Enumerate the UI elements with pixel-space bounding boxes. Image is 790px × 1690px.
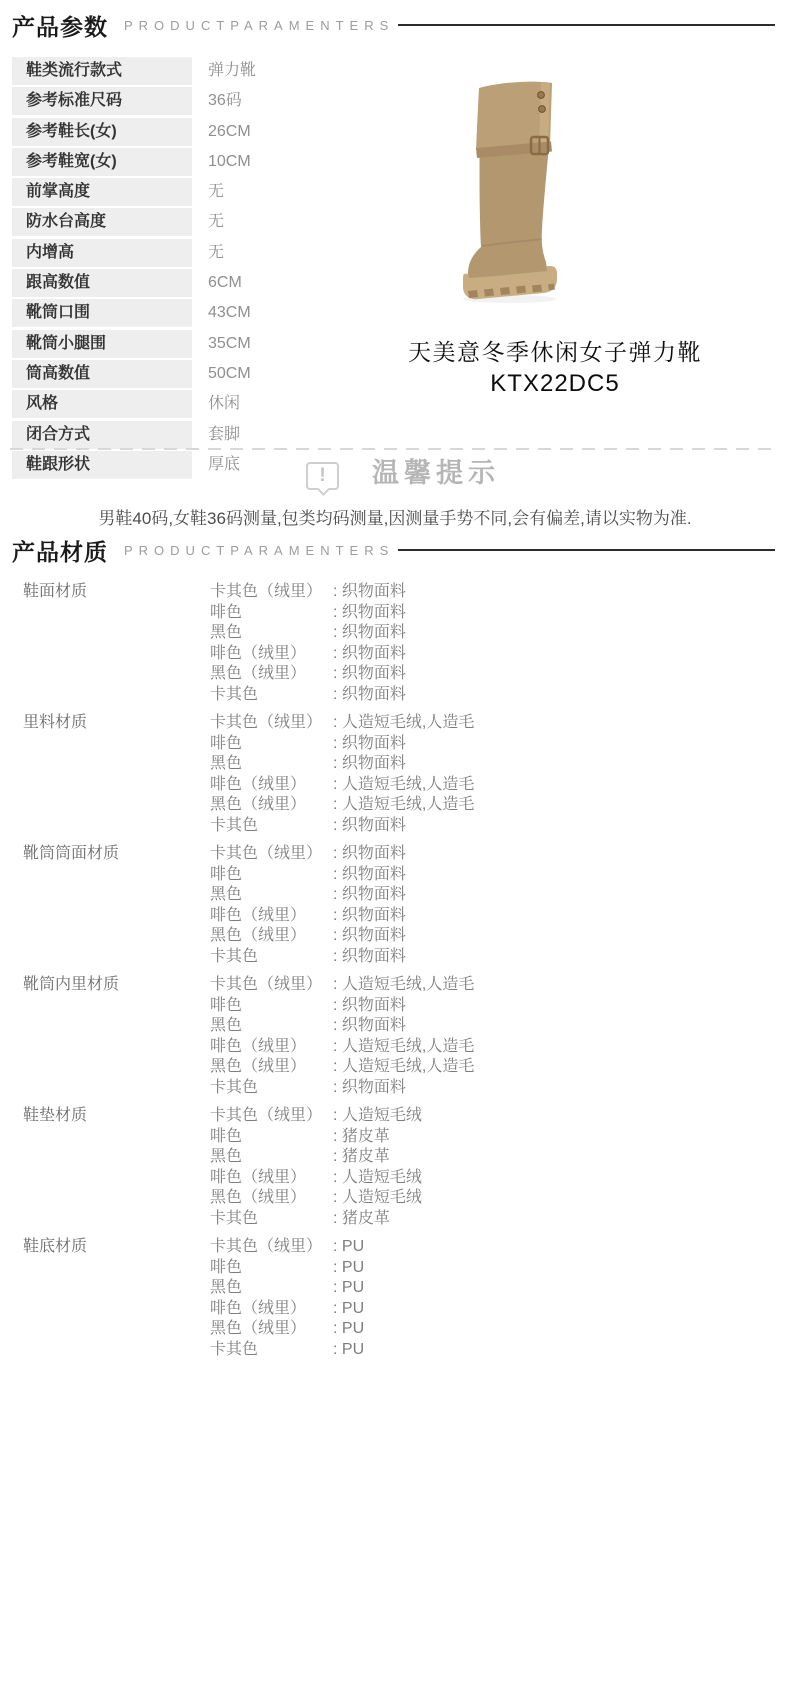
table-row: 参考鞋宽(女)10CM <box>12 148 392 176</box>
material-group: 里料材质卡其色（绒里）: 人造短毛绒,人造毛啡色: 织物面料黑色: 织物面料啡色… <box>23 713 775 836</box>
tips-text: 男鞋40码,女鞋36码测量,包类均码测量,因测量手势不同,会有偏差,请以实物为准… <box>0 504 790 529</box>
material-group-label: 鞋面材质 <box>23 582 210 705</box>
material-line: 啡色（绒里）: 人造短毛绒 <box>210 1168 775 1189</box>
material-value: : 人造短毛绒,人造毛 <box>333 1037 474 1058</box>
material-color-variant: 啡色 <box>210 734 333 755</box>
material-color-variant: 卡其色 <box>210 1340 333 1361</box>
material-value: : PU <box>333 1319 364 1340</box>
material-group: 鞋底材质卡其色（绒里）: PU啡色: PU黑色: PU啡色（绒里）: PU黑色（… <box>23 1237 775 1360</box>
material-lines: 卡其色（绒里）: 织物面料啡色: 织物面料黑色: 织物面料啡色（绒里）: 织物面… <box>210 844 775 967</box>
product-detail-page: 产品参数 PRODUCTPARAMENTERS 鞋类流行款式弹力靴参考标准尺码3… <box>0 0 790 1690</box>
material-value: : 织物面料 <box>333 1078 406 1099</box>
material-line: 啡色（绒里）: 织物面料 <box>210 906 775 927</box>
material-color-variant: 黑色 <box>210 754 333 775</box>
param-value: 无 <box>208 239 224 267</box>
material-color-variant: 黑色（绒里） <box>210 795 333 816</box>
params-section-subtitle: PRODUCTPARAMENTERS <box>124 18 394 33</box>
param-label: 闭合方式 <box>12 421 192 449</box>
material-value: : 猪皮革 <box>333 1209 390 1230</box>
table-row: 防水台高度无 <box>12 208 392 236</box>
param-value: 35CM <box>208 330 251 358</box>
materials-section-header: 产品材质 PRODUCTPARAMENTERS <box>12 535 775 565</box>
material-color-variant: 卡其色 <box>210 1078 333 1099</box>
material-value: : 织物面料 <box>333 603 406 624</box>
material-color-variant: 卡其色（绒里） <box>210 975 333 996</box>
material-group-label: 靴筒内里材质 <box>23 975 210 1098</box>
material-color-variant: 卡其色 <box>210 685 333 706</box>
material-line: 啡色: 织物面料 <box>210 603 775 624</box>
material-value: : PU <box>333 1340 364 1361</box>
material-value: : 织物面料 <box>333 844 406 865</box>
table-row: 闭合方式套脚 <box>12 421 392 449</box>
material-color-variant: 卡其色（绒里） <box>210 1106 333 1127</box>
material-color-variant: 黑色 <box>210 1278 333 1299</box>
material-color-variant: 啡色 <box>210 996 333 1017</box>
exclamation-bubble-icon: ! <box>306 462 339 490</box>
material-line: 卡其色（绒里）: 人造短毛绒,人造毛 <box>210 713 775 734</box>
param-label: 鞋类流行款式 <box>12 57 192 85</box>
materials-list: 鞋面材质卡其色（绒里）: 织物面料啡色: 织物面料黑色: 织物面料啡色（绒里）:… <box>23 582 775 1368</box>
material-value: : 织物面料 <box>333 1016 406 1037</box>
material-color-variant: 黑色（绒里） <box>210 1057 333 1078</box>
material-color-variant: 卡其色（绒里） <box>210 844 333 865</box>
material-value: : 织物面料 <box>333 644 406 665</box>
table-row: 参考标准尺码36码 <box>12 87 392 115</box>
material-line: 卡其色（绒里）: 人造短毛绒,人造毛 <box>210 975 775 996</box>
material-line: 黑色（绒里）: PU <box>210 1319 775 1340</box>
material-color-variant: 黑色（绒里） <box>210 1188 333 1209</box>
param-value: 弹力靴 <box>208 57 256 85</box>
material-color-variant: 黑色 <box>210 623 333 644</box>
material-color-variant: 啡色（绒里） <box>210 1037 333 1058</box>
material-line: 啡色: 织物面料 <box>210 734 775 755</box>
table-row: 参考鞋长(女)26CM <box>12 118 392 146</box>
material-value: : 织物面料 <box>333 734 406 755</box>
table-row: 前掌高度无 <box>12 178 392 206</box>
material-value: : 人造短毛绒 <box>333 1106 422 1127</box>
material-color-variant: 啡色（绒里） <box>210 906 333 927</box>
material-lines: 卡其色（绒里）: PU啡色: PU黑色: PU啡色（绒里）: PU黑色（绒里）:… <box>210 1237 775 1360</box>
table-row: 靴筒口围43CM <box>12 299 392 327</box>
param-value: 厚底 <box>208 451 240 479</box>
material-line: 卡其色（绒里）: 人造短毛绒 <box>210 1106 775 1127</box>
param-value: 43CM <box>208 299 251 327</box>
material-value: : PU <box>333 1237 364 1258</box>
material-color-variant: 黑色（绒里） <box>210 926 333 947</box>
material-color-variant: 啡色 <box>210 1127 333 1148</box>
material-line: 黑色（绒里）: 人造短毛绒,人造毛 <box>210 1057 775 1078</box>
table-row: 跟高数值6CM <box>12 269 392 297</box>
material-line: 黑色: 猪皮革 <box>210 1147 775 1168</box>
material-color-variant: 卡其色 <box>210 816 333 837</box>
material-lines: 卡其色（绒里）: 人造短毛绒啡色: 猪皮革黑色: 猪皮革啡色（绒里）: 人造短毛… <box>210 1106 775 1229</box>
material-line: 黑色: 织物面料 <box>210 754 775 775</box>
material-color-variant: 啡色（绒里） <box>210 1168 333 1189</box>
material-line: 黑色: 织物面料 <box>210 623 775 644</box>
product-photo <box>455 78 567 304</box>
material-line: 卡其色: PU <box>210 1340 775 1361</box>
product-model: KTX22DC5 <box>330 370 780 398</box>
params-section-title: 产品参数 <box>12 9 108 42</box>
material-value: : 织物面料 <box>333 685 406 706</box>
material-line: 卡其色: 织物面料 <box>210 816 775 837</box>
material-line: 啡色（绒里）: 人造短毛绒,人造毛 <box>210 1037 775 1058</box>
param-label: 筒高数值 <box>12 360 192 388</box>
material-value: : 织物面料 <box>333 947 406 968</box>
material-value: : 猪皮革 <box>333 1127 390 1148</box>
material-color-variant: 黑色（绒里） <box>210 1319 333 1340</box>
param-table: 鞋类流行款式弹力靴参考标准尺码36码参考鞋长(女)26CM参考鞋宽(女)10CM… <box>12 57 392 481</box>
material-color-variant: 黑色 <box>210 1016 333 1037</box>
material-color-variant: 啡色 <box>210 1258 333 1279</box>
material-value: : PU <box>333 1258 364 1279</box>
material-color-variant: 卡其色（绒里） <box>210 713 333 734</box>
product-name: 天美意冬季休闲女子弹力靴 <box>330 334 780 367</box>
boot-image <box>455 78 567 304</box>
material-color-variant: 黑色（绒里） <box>210 664 333 685</box>
material-value: : 织物面料 <box>333 865 406 886</box>
material-value: : 织物面料 <box>333 664 406 685</box>
param-label: 参考鞋宽(女) <box>12 148 192 176</box>
param-label: 靴筒小腿围 <box>12 330 192 358</box>
material-value: : 织物面料 <box>333 623 406 644</box>
material-value: : 人造短毛绒,人造毛 <box>333 795 474 816</box>
material-value: : 织物面料 <box>333 926 406 947</box>
param-value: 36码 <box>208 87 242 115</box>
material-line: 啡色（绒里）: 人造短毛绒,人造毛 <box>210 775 775 796</box>
material-line: 啡色: PU <box>210 1258 775 1279</box>
param-value: 无 <box>208 208 224 236</box>
material-line: 啡色（绒里）: 织物面料 <box>210 644 775 665</box>
material-line: 卡其色（绒里）: 织物面料 <box>210 582 775 603</box>
material-line: 卡其色: 猪皮革 <box>210 1209 775 1230</box>
material-group: 靴筒内里材质卡其色（绒里）: 人造短毛绒,人造毛啡色: 织物面料黑色: 织物面料… <box>23 975 775 1098</box>
material-value: : PU <box>333 1299 364 1320</box>
param-label: 跟高数值 <box>12 269 192 297</box>
material-value: : 人造短毛绒,人造毛 <box>333 775 474 796</box>
material-line: 啡色: 织物面料 <box>210 865 775 886</box>
material-line: 卡其色: 织物面料 <box>210 685 775 706</box>
material-color-variant: 啡色（绒里） <box>210 644 333 665</box>
material-line: 啡色（绒里）: PU <box>210 1299 775 1320</box>
material-value: : 织物面料 <box>333 996 406 1017</box>
param-label: 前掌高度 <box>12 178 192 206</box>
material-value: : 猪皮革 <box>333 1147 390 1168</box>
param-label: 鞋跟形状 <box>12 451 192 479</box>
material-color-variant: 卡其色 <box>210 947 333 968</box>
table-row: 鞋类流行款式弹力靴 <box>12 57 392 85</box>
material-lines: 卡其色（绒里）: 人造短毛绒,人造毛啡色: 织物面料黑色: 织物面料啡色（绒里）… <box>210 975 775 1098</box>
dashed-divider <box>10 448 780 450</box>
material-group: 鞋面材质卡其色（绒里）: 织物面料啡色: 织物面料黑色: 织物面料啡色（绒里）:… <box>23 582 775 705</box>
material-color-variant: 啡色 <box>210 603 333 624</box>
material-value: : 人造短毛绒,人造毛 <box>333 975 474 996</box>
material-value: : 人造短毛绒 <box>333 1168 422 1189</box>
material-value: : 织物面料 <box>333 906 406 927</box>
param-value: 无 <box>208 178 224 206</box>
material-line: 卡其色（绒里）: PU <box>210 1237 775 1258</box>
material-line: 卡其色: 织物面料 <box>210 1078 775 1099</box>
material-lines: 卡其色（绒里）: 人造短毛绒,人造毛啡色: 织物面料黑色: 织物面料啡色（绒里）… <box>210 713 775 836</box>
material-color-variant: 卡其色（绒里） <box>210 1237 333 1258</box>
material-line: 黑色: 织物面料 <box>210 1016 775 1037</box>
param-value: 套脚 <box>208 421 240 449</box>
header-rule <box>398 549 775 551</box>
param-label: 内增高 <box>12 239 192 267</box>
material-value: : 人造短毛绒 <box>333 1188 422 1209</box>
materials-section-title: 产品材质 <box>12 534 108 567</box>
material-group-label: 靴筒筒面材质 <box>23 844 210 967</box>
param-label: 靴筒口围 <box>12 299 192 327</box>
material-value: : 织物面料 <box>333 582 406 603</box>
material-color-variant: 黑色 <box>210 1147 333 1168</box>
material-line: 黑色（绒里）: 织物面料 <box>210 664 775 685</box>
header-rule <box>398 24 775 26</box>
material-color-variant: 啡色（绒里） <box>210 775 333 796</box>
material-line: 黑色（绒里）: 织物面料 <box>210 926 775 947</box>
param-label: 风格 <box>12 390 192 418</box>
material-line: 黑色（绒里）: 人造短毛绒 <box>210 1188 775 1209</box>
material-group-label: 鞋底材质 <box>23 1237 210 1360</box>
material-lines: 卡其色（绒里）: 织物面料啡色: 织物面料黑色: 织物面料啡色（绒里）: 织物面… <box>210 582 775 705</box>
param-value: 26CM <box>208 118 251 146</box>
material-color-variant: 啡色 <box>210 865 333 886</box>
materials-section-subtitle: PRODUCTPARAMENTERS <box>124 543 394 558</box>
param-label: 防水台高度 <box>12 208 192 236</box>
material-group: 鞋垫材质卡其色（绒里）: 人造短毛绒啡色: 猪皮革黑色: 猪皮革啡色（绒里）: … <box>23 1106 775 1229</box>
material-value: : PU <box>333 1278 364 1299</box>
param-value: 50CM <box>208 360 251 388</box>
material-value: : 人造短毛绒,人造毛 <box>333 713 474 734</box>
params-section-header: 产品参数 PRODUCTPARAMENTERS <box>12 10 775 40</box>
material-value: : 织物面料 <box>333 885 406 906</box>
material-group-label: 里料材质 <box>23 713 210 836</box>
param-value: 6CM <box>208 269 242 297</box>
material-line: 黑色（绒里）: 人造短毛绒,人造毛 <box>210 795 775 816</box>
material-value: : 人造短毛绒,人造毛 <box>333 1057 474 1078</box>
param-label: 参考鞋长(女) <box>12 118 192 146</box>
material-line: 啡色: 织物面料 <box>210 996 775 1017</box>
material-value: : 织物面料 <box>333 754 406 775</box>
material-color-variant: 黑色 <box>210 885 333 906</box>
material-line: 卡其色: 织物面料 <box>210 947 775 968</box>
material-line: 卡其色（绒里）: 织物面料 <box>210 844 775 865</box>
material-group-label: 鞋垫材质 <box>23 1106 210 1229</box>
param-value: 休闲 <box>208 390 240 418</box>
material-group: 靴筒筒面材质卡其色（绒里）: 织物面料啡色: 织物面料黑色: 织物面料啡色（绒里… <box>23 844 775 967</box>
material-color-variant: 啡色（绒里） <box>210 1299 333 1320</box>
material-color-variant: 卡其色（绒里） <box>210 582 333 603</box>
table-row: 内增高无 <box>12 239 392 267</box>
param-label: 参考标准尺码 <box>12 87 192 115</box>
material-color-variant: 卡其色 <box>210 1209 333 1230</box>
material-value: : 织物面料 <box>333 816 406 837</box>
tips-title: 温馨提示 <box>372 451 500 490</box>
material-line: 黑色: PU <box>210 1278 775 1299</box>
material-line: 黑色: 织物面料 <box>210 885 775 906</box>
param-value: 10CM <box>208 148 251 176</box>
material-line: 啡色: 猪皮革 <box>210 1127 775 1148</box>
